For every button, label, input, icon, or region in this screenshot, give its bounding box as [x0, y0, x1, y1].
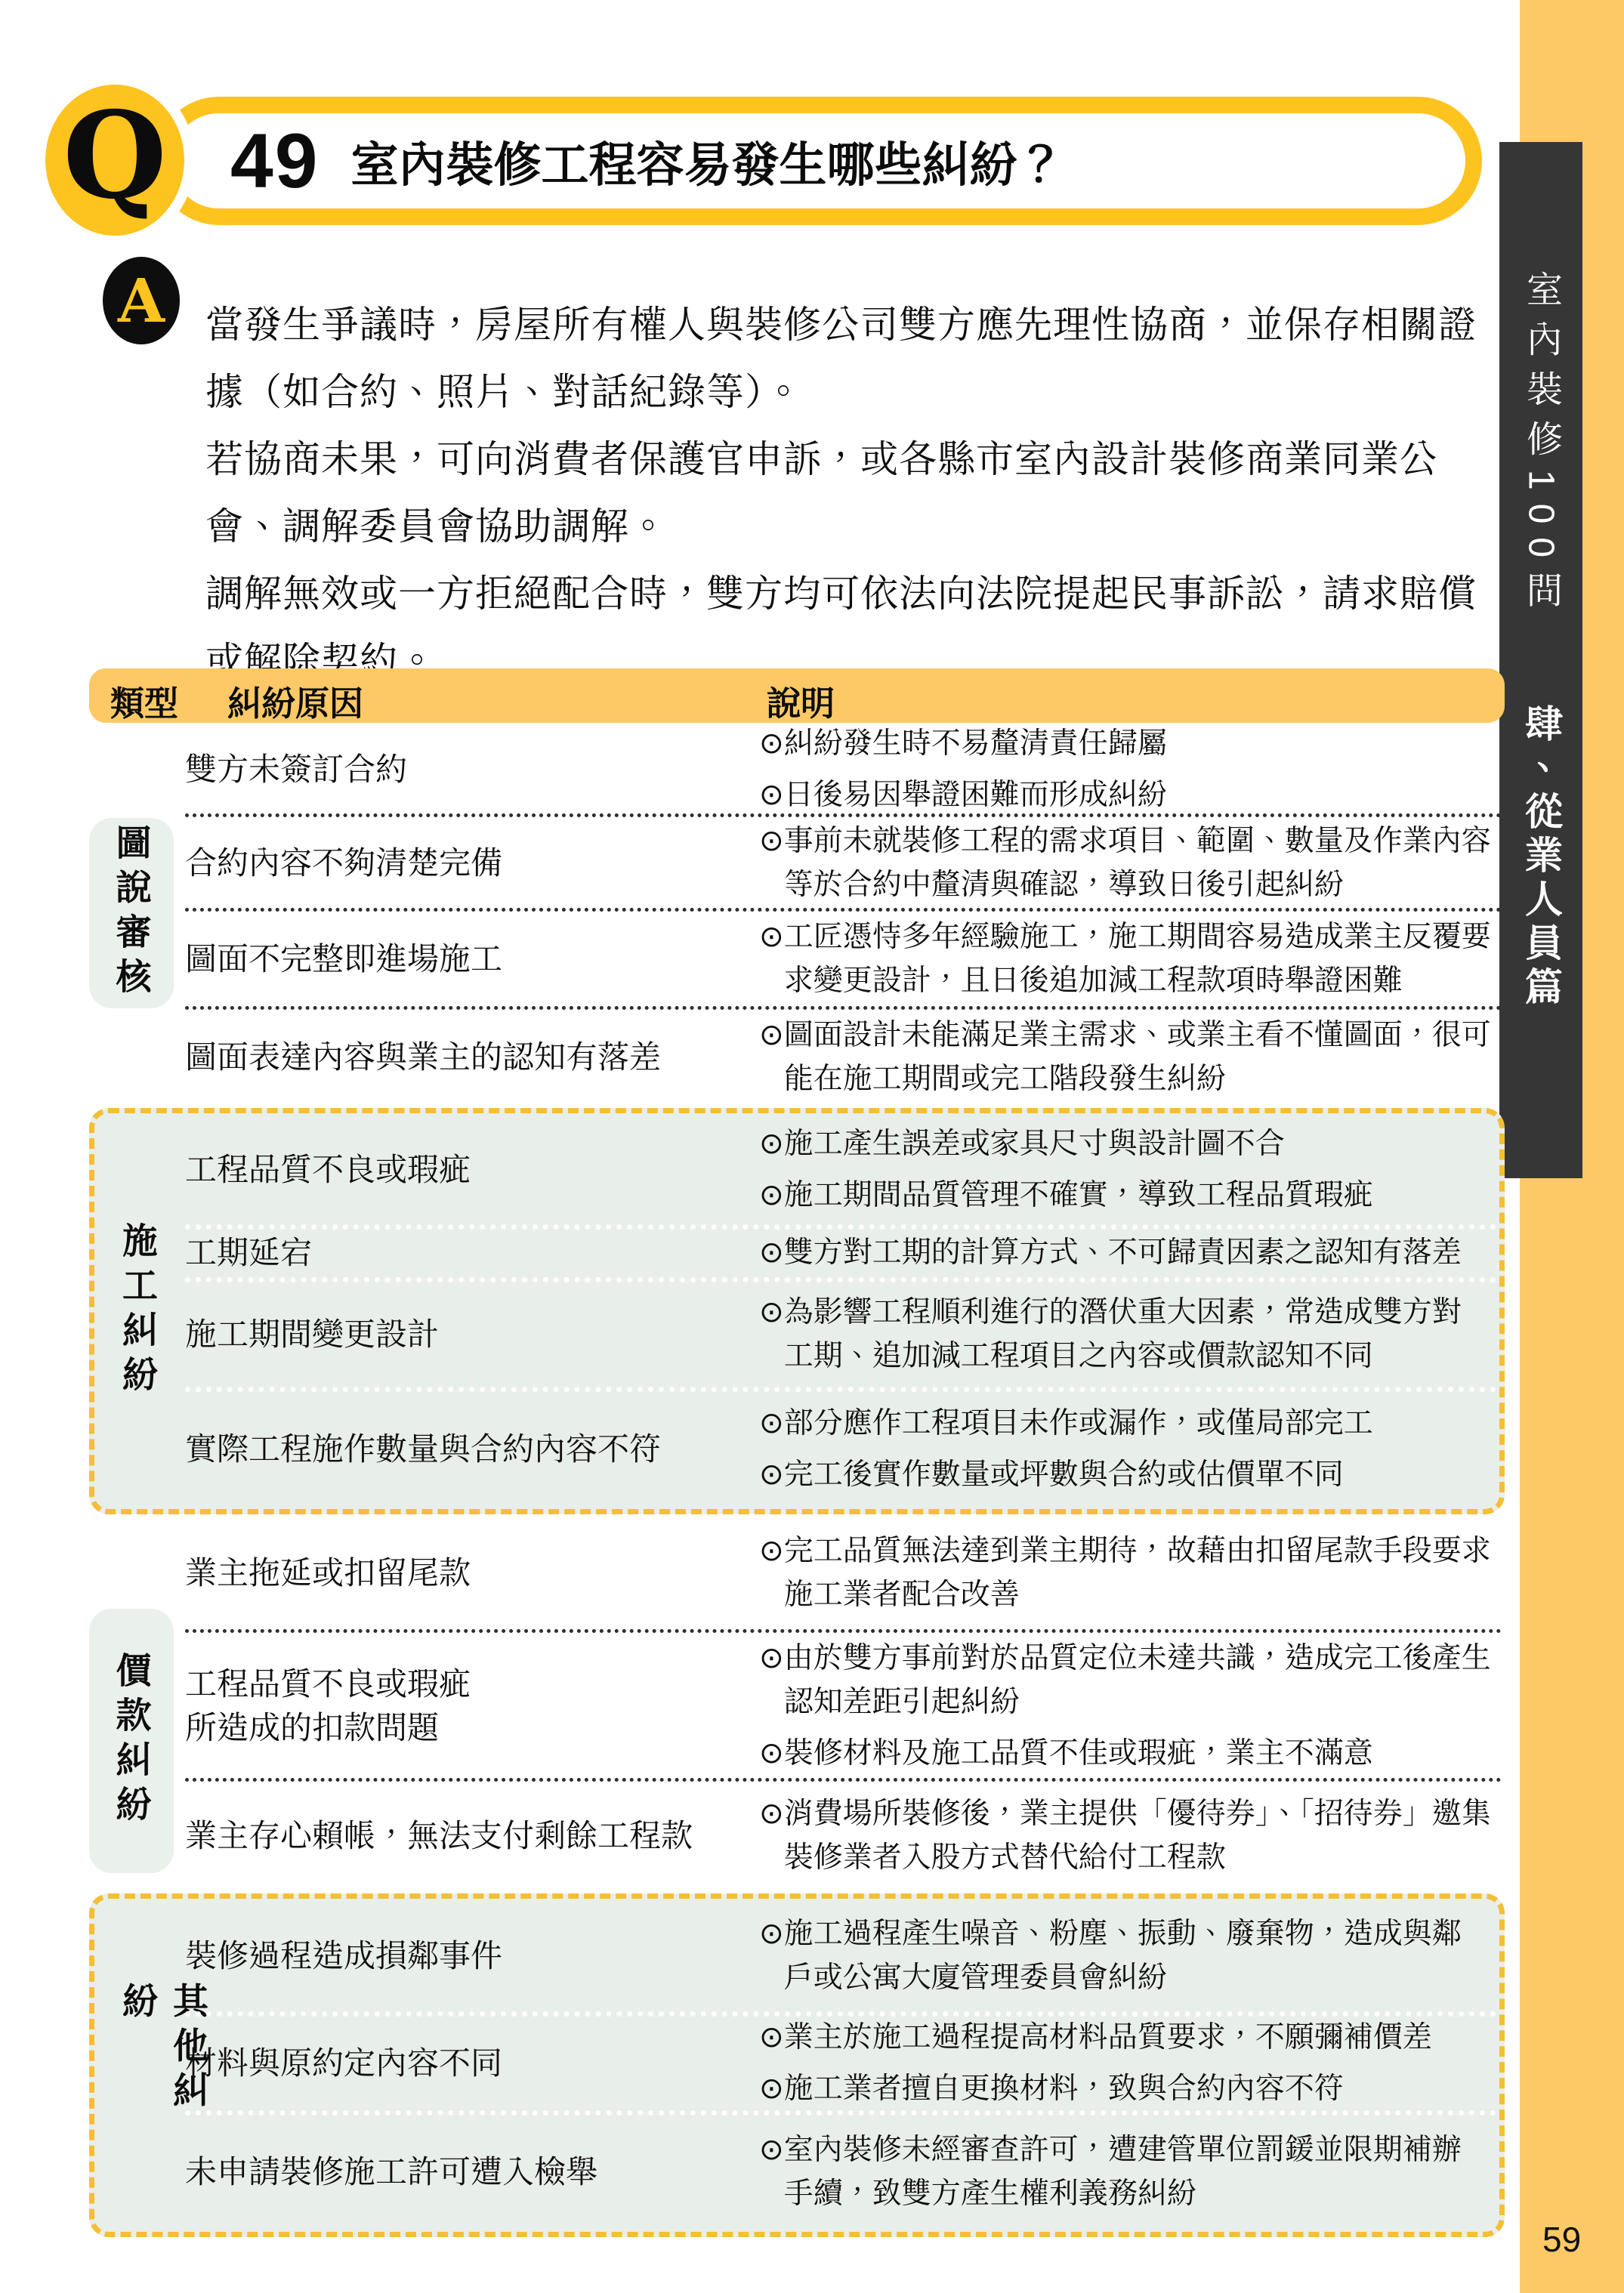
bullet-icon: ⊙ — [759, 1792, 784, 1880]
col-header-explanation: 說明 — [767, 676, 835, 725]
table-row: 圖面不完整即進場施工 ⊙工匠憑恃多年經驗施工，施工期間容易造成業主反覆要求變更設… — [89, 910, 1505, 1008]
answer-paragraph: 當發生爭議時，房屋所有權人與裝修公司雙方應先理性協商，並保存相關證據（如合約、照… — [205, 292, 1508, 426]
bullet-item: ⊙日後易因舉證困難而形成糾紛 — [759, 773, 1494, 817]
chapter-label: 肆、從業人員篇 — [1514, 704, 1568, 1011]
bullet-icon: ⊙ — [759, 1291, 784, 1378]
cause-cell: 雙方未簽訂合約 — [185, 723, 714, 816]
book-title-vertical: 室內裝修100問 — [1515, 270, 1567, 621]
table-row: 實際工程施作數量與合約內容不符 ⊙部分應作工程項目未作或漏作，或僅局部完工 ⊙完… — [94, 1389, 1499, 1509]
table-row: 施工期間變更設計 ⊙為影響工程順利進行的潛伏重大因素，常造成雙方對工期、追加減工… — [94, 1279, 1499, 1389]
row-separator — [185, 1778, 1502, 1782]
bullet-text: 完工品質無法達到業主期待，故藉由扣留尾款手段要求施工業者配合改善 — [784, 1529, 1494, 1617]
bullet-item: ⊙部分應作工程項目未作或漏作，或僅局部完工 — [759, 1402, 1489, 1446]
bullet-icon: ⊙ — [759, 1637, 784, 1724]
bullet-text: 由於雙方事前對於品質定位未達共識，造成完工後產生認知差距引起糾紛 — [784, 1637, 1494, 1724]
explanation-cell: ⊙消費場所裝修後，業主提供「優待券」、「招待券」邀集裝修業者入股方式替代給付工程… — [759, 1780, 1505, 1892]
col-header-cause: 糾紛原因 — [227, 676, 363, 725]
bullet-icon: ⊙ — [759, 2128, 784, 2216]
cause-cell: 業主拖延或扣留尾款 — [185, 1514, 714, 1631]
bullet-text: 部分應作工程項目未作或漏作，或僅局部完工 — [784, 1402, 1373, 1446]
q-badge: Q — [35, 74, 195, 246]
table-row: 裝修過程造成損鄰事件 ⊙施工過程產生噪音、粉塵、振動、廢棄物，造成與鄰戶或公寓大… — [94, 1899, 1499, 2014]
cause-cell: 業主存心賴帳，無法支付剩餘工程款 — [185, 1780, 714, 1892]
bullet-item: ⊙圖面設計未能滿足業主需求、或業主看不懂圖面，很可能在施工期間或完工階段發生糾紛 — [759, 1014, 1494, 1101]
bullet-item: ⊙完工後實作數量或坪數與合約或估價單不同 — [759, 1453, 1489, 1497]
row-separator — [185, 2011, 1496, 2017]
bullet-item: ⊙雙方對工期的計算方式、不可歸責因素之認知有落差 — [759, 1231, 1489, 1275]
bullet-icon: ⊙ — [759, 1912, 784, 2000]
section-other: 其他糾紛 裝修過程造成損鄰事件 ⊙施工過程產生噪音、粉塵、振動、廢棄物，造成與鄰… — [89, 1893, 1505, 2237]
section-drawing-review: 圖說審核 雙方未簽訂合約 ⊙糾紛發生時不易釐清責任歸屬 ⊙日後易因舉證困難而形成… — [89, 723, 1505, 1106]
bullet-item: ⊙糾紛發生時不易釐清責任歸屬 — [759, 722, 1494, 766]
cause-cell: 裝修過程造成損鄰事件 — [185, 1899, 714, 2014]
bullet-text: 施工過程產生噪音、粉塵、振動、廢棄物，造成與鄰戶或公寓大廈管理委員會糾紛 — [784, 1912, 1489, 2000]
bullet-item: ⊙施工過程產生噪音、粉塵、振動、廢棄物，造成與鄰戶或公寓大廈管理委員會糾紛 — [759, 1912, 1489, 2000]
table-row: 業主拖延或扣留尾款 ⊙完工品質無法達到業主期待，故藉由扣留尾款手段要求施工業者配… — [89, 1514, 1505, 1631]
bullet-text: 糾紛發生時不易釐清責任歸屬 — [784, 722, 1167, 766]
cause-cell: 合約內容不夠清楚完備 — [185, 816, 714, 910]
bullet-item: ⊙裝修材料及施工品質不佳或瑕疵，業主不滿意 — [759, 1732, 1494, 1776]
question-bar: 49 室內裝修工程容易發生哪些糾紛？ — [155, 97, 1482, 225]
table-row: 業主存心賴帳，無法支付剩餘工程款 ⊙消費場所裝修後，業主提供「優待券」、「招待券… — [89, 1780, 1505, 1892]
table-row: 材料與原約定內容不同 ⊙業主於施工過程提高材料品質要求，不願彌補價差 ⊙施工業者… — [94, 2014, 1499, 2112]
explanation-cell: ⊙業主於施工過程提高材料品質要求，不願彌補價差 ⊙施工業者擅自更換材料，致與合約… — [759, 2014, 1499, 2112]
bullet-item: ⊙消費場所裝修後，業主提供「優待券」、「招待券」邀集裝修業者入股方式替代給付工程… — [759, 1792, 1494, 1880]
question-number: 49 — [230, 117, 319, 205]
bullet-text: 為影響工程順利進行的潛伏重大因素，常造成雙方對工期、追加減工程項目之內容或價款認… — [784, 1291, 1489, 1378]
page-number: 59 — [1542, 2219, 1581, 2260]
bullet-icon: ⊙ — [759, 2016, 784, 2060]
bullet-item: ⊙由於雙方事前對於品質定位未達共識，造成完工後產生認知差距引起糾紛 — [759, 1637, 1494, 1724]
explanation-cell: ⊙施工過程產生噪音、粉塵、振動、廢棄物，造成與鄰戶或公寓大廈管理委員會糾紛 — [759, 1899, 1499, 2014]
bullet-icon: ⊙ — [759, 722, 784, 766]
bullet-text: 圖面設計未能滿足業主需求、或業主看不懂圖面，很可能在施工期間或完工階段發生糾紛 — [784, 1014, 1494, 1101]
bullet-icon: ⊙ — [759, 1402, 784, 1446]
answer-paragraph: 若協商未果，可向消費者保護官申訴，或各縣市室內設計裝修商業同業公會、調解委員會協… — [205, 426, 1508, 560]
bullet-text: 雙方對工期的計算方式、不可歸責因素之認知有落差 — [784, 1231, 1462, 1275]
bullet-text: 施工期間品質管理不確實，導致工程品質瑕疵 — [784, 1174, 1373, 1217]
bullet-icon: ⊙ — [759, 819, 784, 907]
bullet-text: 裝修材料及施工品質不佳或瑕疵，業主不滿意 — [784, 1732, 1373, 1776]
bullet-text: 室內裝修未經審查許可，遭建管單位罰鍰並限期補辦手續，致雙方產生權利義務糾紛 — [784, 2128, 1489, 2216]
table-header: 類型 糾紛原因 說明 — [89, 668, 1505, 723]
bullet-icon: ⊙ — [759, 915, 784, 1003]
table-row: 圖面表達內容與業主的認知有落差 ⊙圖面設計未能滿足業主需求、或業主看不懂圖面，很… — [89, 1008, 1505, 1106]
section-construction: 施工糾紛 工程品質不良或瑕疵 ⊙施工產生誤差或家具尺寸與設計圖不合 ⊙施工期間品… — [89, 1108, 1505, 1514]
bullet-text: 事前未就裝修工程的需求項目、範圍、數量及作業內容等於合約中釐清與確認，導致日後引… — [784, 819, 1494, 907]
explanation-cell: ⊙部分應作工程項目未作或漏作，或僅局部完工 ⊙完工後實作數量或坪數與合約或估價單… — [759, 1389, 1499, 1509]
cause-cell: 工期延宕 — [185, 1227, 714, 1279]
bullet-item: ⊙完工品質無法達到業主期待，故藉由扣留尾款手段要求施工業者配合改善 — [759, 1529, 1494, 1617]
row-separator — [185, 1006, 1502, 1010]
table-row: 合約內容不夠清楚完備 ⊙事前未就裝修工程的需求項目、範圍、數量及作業內容等於合約… — [89, 816, 1505, 910]
explanation-cell: ⊙工匠憑恃多年經驗施工，施工期間容易造成業主反覆要求變更設計，且日後追加減工程款… — [759, 910, 1505, 1008]
bullet-item: ⊙業主於施工過程提高材料品質要求，不願彌補價差 — [759, 2016, 1489, 2060]
dispute-table: 類型 糾紛原因 說明 圖說審核 雙方未簽訂合約 ⊙糾紛發生時不易釐清責任歸屬 ⊙… — [89, 668, 1505, 2237]
row-separator — [185, 1387, 1496, 1392]
table-row: 工程品質不良或瑕疵 ⊙施工產生誤差或家具尺寸與設計圖不合 ⊙施工期間品質管理不確… — [94, 1113, 1499, 1227]
section-payment: 價款糾紛 業主拖延或扣留尾款 ⊙完工品質無法達到業主期待，故藉由扣留尾款手段要求… — [89, 1514, 1505, 1892]
explanation-cell: ⊙圖面設計未能滿足業主需求、或業主看不懂圖面，很可能在施工期間或完工階段發生糾紛 — [759, 1008, 1505, 1106]
bullet-item: ⊙室內裝修未經審查許可，遭建管單位罰鍰並限期補辦手續，致雙方產生權利義務糾紛 — [759, 2128, 1489, 2216]
page-title: 室內裝修工程容易發生哪些糾紛？ — [350, 127, 1064, 196]
cause-cell: 工程品質不良或瑕疵 — [185, 1113, 714, 1227]
page-root: 室內裝修100問 肆、從業人員篇 59 49 室內裝修工程容易發生哪些糾紛？ Q… — [0, 0, 1624, 2293]
explanation-cell: ⊙糾紛發生時不易釐清責任歸屬 ⊙日後易因舉證困難而形成糾紛 — [759, 723, 1505, 816]
bullet-item: ⊙工匠憑恃多年經驗施工，施工期間容易造成業主反覆要求變更設計，且日後追加減工程款… — [759, 915, 1494, 1003]
a-badge: A — [103, 257, 180, 344]
explanation-cell: ⊙為影響工程順利進行的潛伏重大因素，常造成雙方對工期、追加減工程項目之內容或價款… — [759, 1279, 1499, 1389]
row-separator — [185, 2110, 1496, 2116]
col-header-type: 類型 — [110, 676, 178, 725]
bullet-icon: ⊙ — [759, 2067, 784, 2111]
table-row: 工程品質不良或瑕疵 所造成的扣款問題 ⊙由於雙方事前對於品質定位未達共識，造成完… — [89, 1631, 1505, 1780]
cause-cell: 實際工程施作數量與合約內容不符 — [185, 1389, 714, 1509]
bullet-text: 施工業者擅自更換材料，致與合約內容不符 — [784, 2067, 1344, 2111]
table-row: 雙方未簽訂合約 ⊙糾紛發生時不易釐清責任歸屬 ⊙日後易因舉證困難而形成糾紛 — [89, 723, 1505, 816]
row-separator — [185, 908, 1502, 912]
bullet-icon: ⊙ — [759, 773, 784, 817]
bullet-item: ⊙為影響工程順利進行的潛伏重大因素，常造成雙方對工期、追加減工程項目之內容或價款… — [759, 1291, 1489, 1378]
bullet-icon: ⊙ — [759, 1453, 784, 1497]
bullet-icon: ⊙ — [759, 1231, 784, 1275]
row-separator — [185, 1224, 1496, 1230]
q-letter: Q — [63, 86, 167, 226]
bullet-text: 施工產生誤差或家具尺寸與設計圖不合 — [784, 1122, 1285, 1166]
cause-cell: 未申請裝修施工許可遭入檢舉 — [185, 2112, 714, 2232]
bullet-item: ⊙施工業者擅自更換材料，致與合約內容不符 — [759, 2067, 1489, 2111]
bullet-icon: ⊙ — [759, 1529, 784, 1617]
explanation-cell: ⊙完工品質無法達到業主期待，故藉由扣留尾款手段要求施工業者配合改善 — [759, 1514, 1505, 1631]
explanation-cell: ⊙由於雙方事前對於品質定位未達共識，造成完工後產生認知差距引起糾紛 ⊙裝修材料及… — [759, 1631, 1505, 1780]
cause-cell: 施工期間變更設計 — [185, 1279, 714, 1389]
bullet-item: ⊙事前未就裝修工程的需求項目、範圍、數量及作業內容等於合約中釐清與確認，導致日後… — [759, 819, 1494, 907]
bullet-item: ⊙施工期間品質管理不確實，導致工程品質瑕疵 — [759, 1174, 1489, 1217]
table-row: 工期延宕 ⊙雙方對工期的計算方式、不可歸責因素之認知有落差 — [94, 1227, 1499, 1279]
bullet-icon: ⊙ — [759, 1122, 784, 1166]
explanation-cell: ⊙事前未就裝修工程的需求項目、範圍、數量及作業內容等於合約中釐清與確認，導致日後… — [759, 816, 1505, 910]
explanation-cell: ⊙雙方對工期的計算方式、不可歸責因素之認知有落差 — [759, 1227, 1499, 1279]
bullet-text: 工匠憑恃多年經驗施工，施工期間容易造成業主反覆要求變更設計，且日後追加減工程款項… — [784, 915, 1494, 1003]
bullet-item: ⊙施工產生誤差或家具尺寸與設計圖不合 — [759, 1122, 1489, 1166]
explanation-cell: ⊙室內裝修未經審查許可，遭建管單位罰鍰並限期補辦手續，致雙方產生權利義務糾紛 — [759, 2112, 1499, 2232]
cause-cell: 工程品質不良或瑕疵 所造成的扣款問題 — [185, 1631, 714, 1780]
bullet-text: 業主於施工過程提高材料品質要求，不願彌補價差 — [784, 2016, 1432, 2060]
bullet-text: 消費場所裝修後，業主提供「優待券」、「招待券」邀集裝修業者入股方式替代給付工程款 — [784, 1792, 1494, 1880]
row-separator — [185, 1629, 1502, 1633]
side-tab: 室內裝修100問 肆、從業人員篇 — [1499, 142, 1582, 1178]
bullet-icon: ⊙ — [759, 1732, 784, 1776]
a-letter: A — [118, 265, 165, 336]
bullet-icon: ⊙ — [759, 1014, 784, 1101]
bullet-text: 完工後實作數量或坪數與合約或估價單不同 — [784, 1453, 1344, 1497]
bullet-icon: ⊙ — [759, 1174, 784, 1217]
table-row: 未申請裝修施工許可遭入檢舉 ⊙室內裝修未經審查許可，遭建管單位罰鍰並限期補辦手續… — [94, 2112, 1499, 2232]
cause-cell: 圖面不完整即進場施工 — [185, 910, 714, 1008]
cause-cell: 材料與原約定內容不同 — [185, 2014, 714, 2112]
explanation-cell: ⊙施工產生誤差或家具尺寸與設計圖不合 ⊙施工期間品質管理不確實，導致工程品質瑕疵 — [759, 1113, 1499, 1227]
cause-cell: 圖面表達內容與業主的認知有落差 — [185, 1008, 714, 1106]
bullet-text: 日後易因舉證困難而形成糾紛 — [784, 773, 1167, 817]
answer-text: 當發生爭議時，房屋所有權人與裝修公司雙方應先理性協商，並保存相關證據（如合約、照… — [205, 292, 1508, 695]
row-separator — [185, 813, 1502, 817]
row-separator — [185, 1277, 1496, 1282]
